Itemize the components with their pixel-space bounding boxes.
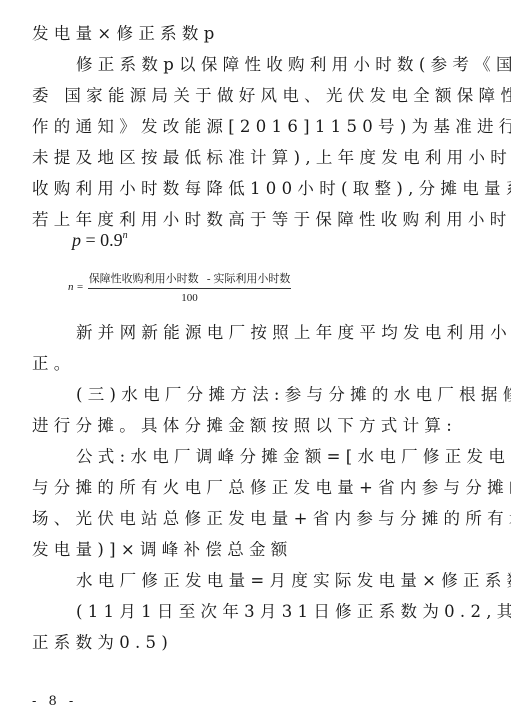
text-line: 发电量)]×调峰补偿总金额 [32,540,293,560]
text-line: (11月1日至次年3月31日修正系数为0.2,其余时间修 [76,602,511,622]
text-line: 场、光伏电站总修正发电量+省内参与分摊的所有水电厂总修正 [32,509,511,529]
formula-n-numerator: 保障性收购利用小时数 - 实际利用小时数 [88,270,292,289]
formula-n-lhs: n = [68,281,84,293]
text-line: 公式:水电厂调峰分摊金额=[水电厂修正发电量/(省内参 [76,447,511,467]
text-line: 水电厂修正发电量=月度实际发电量×修正系数 [76,571,511,591]
text-line: 未提及地区按最低标准计算),上年度发电利用小时数较保障性 [32,148,511,168]
text-line: 修正系数p以保障性收购利用小时数(参考《国家发展改革 [76,55,511,75]
formula-p-exponent: n [123,230,128,241]
text-line: 委 国家能源局关于做好风电、光伏发电全额保障性收购管理工 [32,86,511,106]
text-line: 与分摊的所有火电厂总修正发电量+省内参与分摊的所有风电 [32,478,511,498]
formula-n-denominator: 100 [181,289,198,304]
page-number: - 8 - [32,694,77,709]
text-line: 正。 [32,354,76,374]
text-line: 收购利用小时数每降低100小时(取整),分摊电量系数减小10%。 [32,179,511,199]
text-line: 进行分摊。具体分摊金额按照以下方式计算: [32,416,457,436]
formula-n-fraction: 保障性收购利用小时数 - 实际利用小时数 100 [88,270,292,304]
formula-p-rhs: = 0.9 [81,230,123,250]
text-line: 新并网新能源电厂按照上年度平均发电利用小时数进行修 [76,323,511,343]
text-line: 发电量×修正系数p [32,24,220,44]
formula-n: n = 保障性收购利用小时数 - 实际利用小时数 100 [68,270,291,304]
text-line: (三)水电厂分摊方法:参与分摊的水电厂根据修正发电量 [76,385,511,405]
text-line: 作的通知》发改能源[2016]1150号)为基准进行修正(文件中 [32,117,511,137]
formula-p: p = 0.9n [72,230,128,251]
text-line: 若上年度利用小时数高于等于保障性收购利用小时数,则p=1。 [32,210,511,230]
formula-p-lhs: p [72,230,81,250]
text-line: 正系数为0.5) [32,633,173,653]
